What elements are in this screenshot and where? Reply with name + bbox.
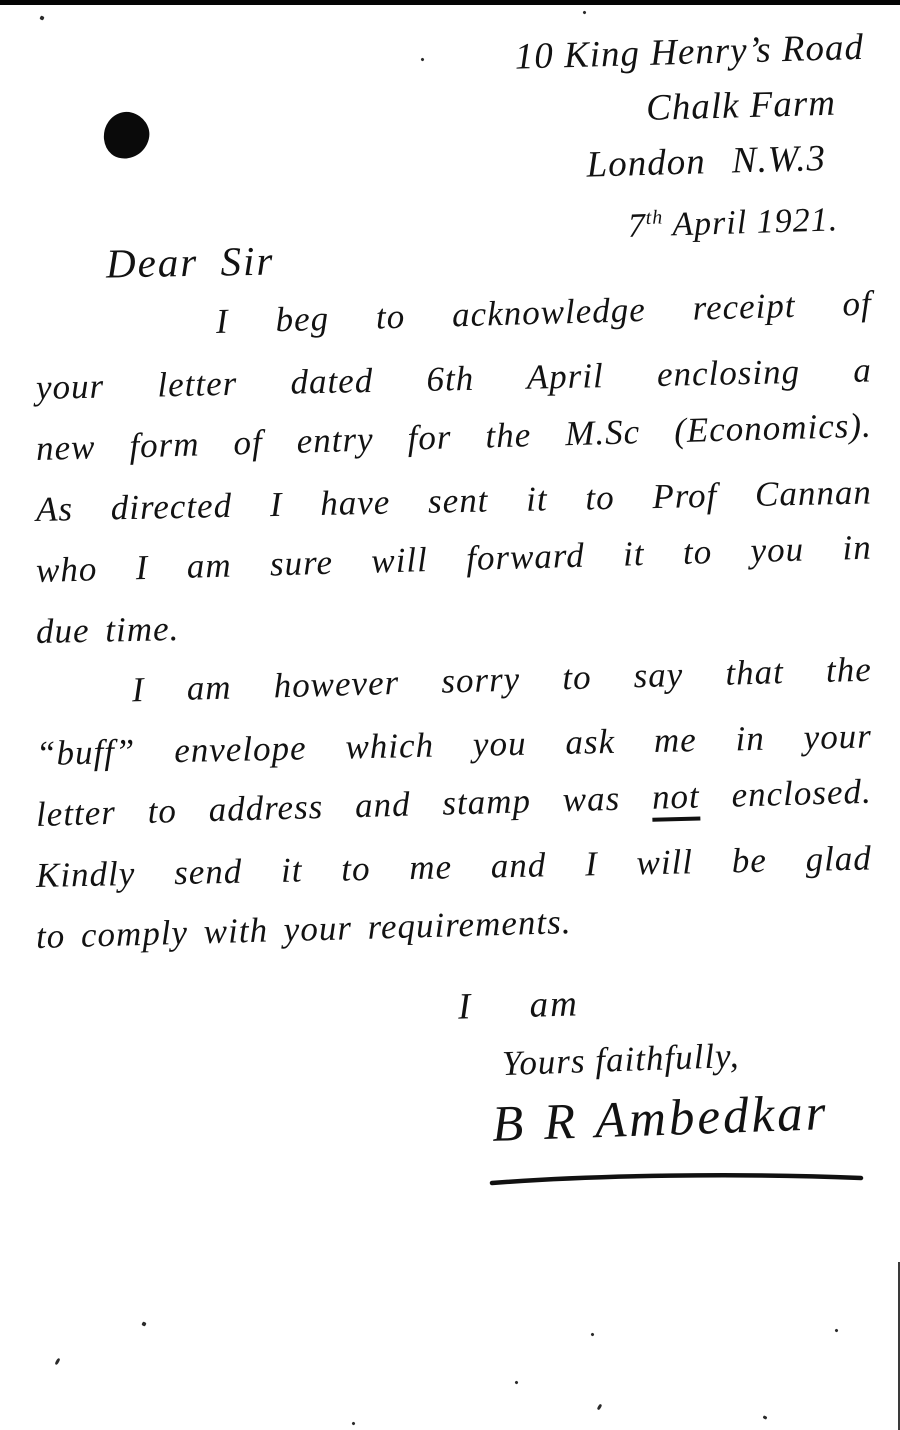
- signature-b-r-ambedkar: B R Ambedkar: [491, 1084, 829, 1154]
- scan-speck: [597, 1404, 603, 1411]
- scan-speck: [351, 1421, 355, 1425]
- scanned-letter-page: 10 King Henry’s Road Chalk Farm London N…: [0, 0, 900, 1430]
- line-segment: enclosed.: [699, 772, 872, 816]
- line-segment: letter to address and stamp was: [35, 778, 652, 834]
- signature-flourish-line: [486, 1170, 868, 1188]
- scan-speck: [54, 1358, 60, 1366]
- salutation: Dear Sir: [106, 237, 275, 288]
- scan-speck: [834, 1328, 838, 1332]
- closing-i-am: I am: [457, 982, 579, 1028]
- sender-address-block: 10 King Henry’s Road Chalk Farm London N…: [424, 26, 864, 246]
- scan-speck: [590, 1332, 594, 1336]
- scan-speck: [514, 1380, 518, 1384]
- underlined-word-not: not: [651, 776, 700, 821]
- closing-yours-faithfully: Yours faithfully,: [501, 1036, 740, 1084]
- ink-blot: [99, 107, 154, 163]
- letter-body: I beg to acknowledge receipt of your let…: [36, 296, 872, 967]
- date-rest: April 1921.: [663, 201, 839, 243]
- scan-edge-artifact-top: [0, 0, 900, 5]
- scan-speck: [39, 15, 44, 20]
- date-ordinal: th: [645, 206, 663, 229]
- scan-speck: [763, 1415, 768, 1420]
- scan-speck: [141, 1321, 146, 1326]
- scan-speck: [582, 10, 586, 14]
- date-day: 7: [627, 207, 646, 245]
